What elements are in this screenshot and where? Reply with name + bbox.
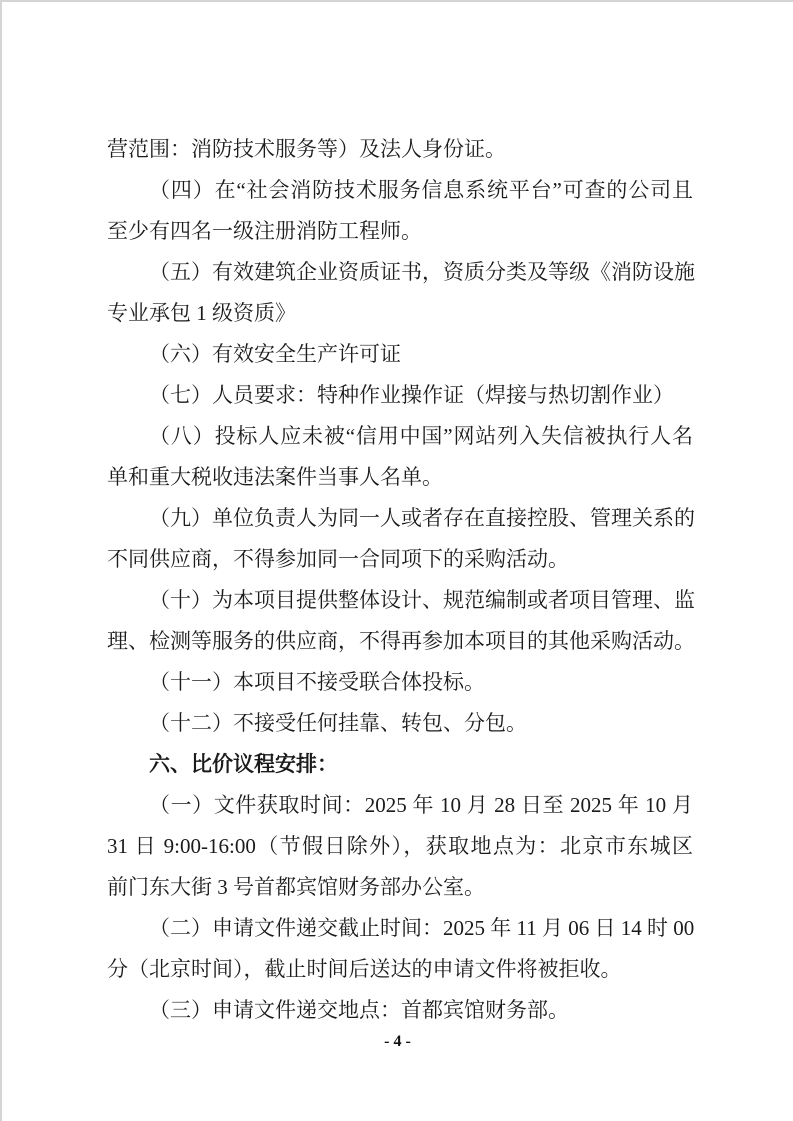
document-line: （八）投标人应未被“信用中国”网站列入失信被执行人名 (107, 416, 693, 457)
document-line: 理、检测等服务的供应商，不得再参加本项目的其他采购活动。 (107, 621, 693, 662)
document-line: （六）有效安全生产许可证 (107, 334, 693, 375)
document-line: 营范围：消防技术服务等）及法人身份证。 (107, 129, 693, 170)
page-number: - 4 - (2, 1033, 793, 1051)
document-line: （十二）不接受任何挂靠、转包、分包。 (107, 703, 693, 744)
document-line: （一）文件获取时间：2025 年 10 月 28 日至 2025 年 10 月 (107, 785, 693, 826)
document-line: 前门东大街 3 号首都宾馆财务部办公室。 (107, 867, 693, 908)
document-line: （九）单位负责人为同一人或者存在直接控股、管理关系的 (107, 498, 693, 539)
document-line: （四）在“社会消防技术服务信息系统平台”可查的公司且 (107, 170, 693, 211)
document-line: （三）申请文件递交地点：首都宾馆财务部。 (107, 990, 693, 1031)
document-line: 至少有四名一级注册消防工程师。 (107, 211, 693, 252)
document-line: 专业承包 1 级资质》 (107, 293, 693, 334)
document-line: 31 日 9:00-16:00（节假日除外），获取地点为：北京市东城区 (107, 826, 693, 867)
document-line: 不同供应商，不得参加同一合同项下的采购活动。 (107, 539, 693, 580)
document-line: （十）为本项目提供整体设计、规范编制或者项目管理、监 (107, 580, 693, 621)
document-line: （七）人员要求：特种作业操作证（焊接与热切割作业） (107, 375, 693, 416)
section-heading: 六、比价议程安排： (107, 744, 693, 785)
document-body: 营范围：消防技术服务等）及法人身份证。 （四）在“社会消防技术服务信息系统平台”… (107, 129, 693, 1031)
document-line: （二）申请文件递交截止时间：2025 年 11 月 06 日 14 时 00 (107, 908, 693, 949)
document-line: 分（北京时间），截止时间后送达的申请文件将被拒收。 (107, 949, 693, 990)
document-page: 营范围：消防技术服务等）及法人身份证。 （四）在“社会消防技术服务信息系统平台”… (0, 0, 793, 1121)
document-line: （十一）本项目不接受联合体投标。 (107, 662, 693, 703)
document-line: （五）有效建筑企业资质证书，资质分类及等级《消防设施 (107, 252, 693, 293)
document-line: 单和重大税收违法案件当事人名单。 (107, 457, 693, 498)
